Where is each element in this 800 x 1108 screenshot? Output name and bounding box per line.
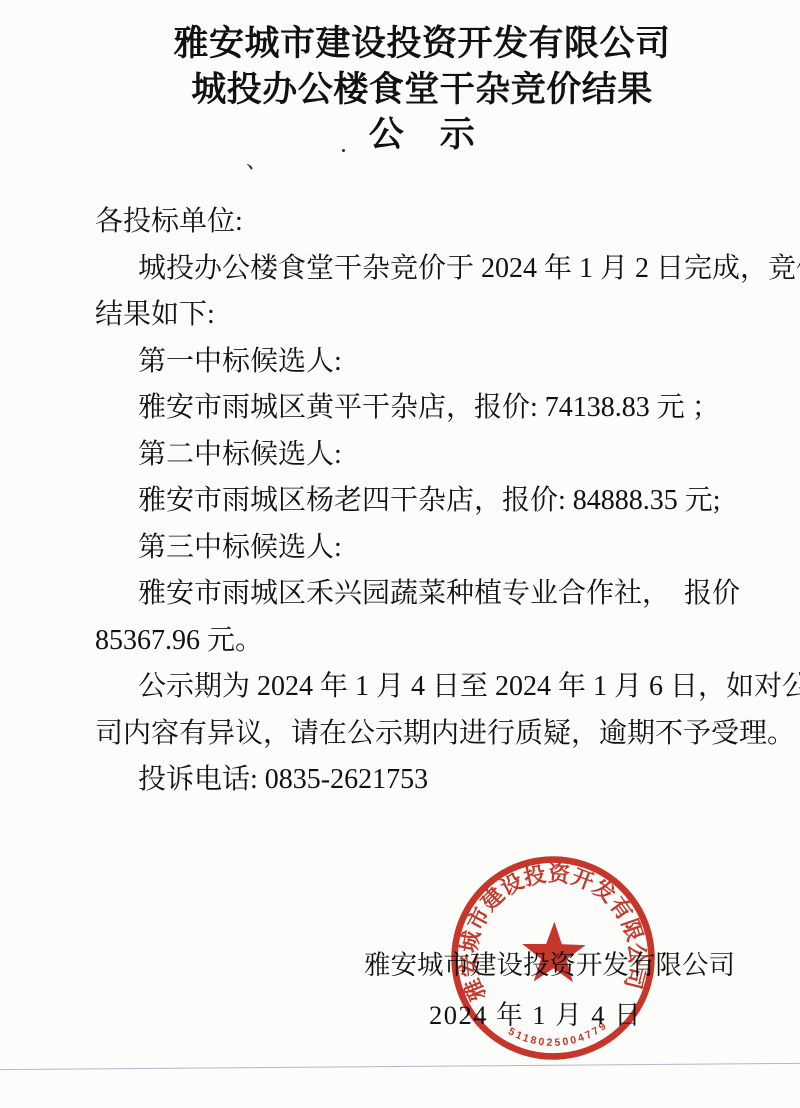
body-line: 公示期为 2024 年 1 月 4 日至 2024 年 1 月 6 日，如对公: [95, 664, 717, 711]
body-line: 雅安市雨城区禾兴园蔬菜种植专业合作社， 报价: [95, 571, 717, 618]
body-line: 城投办公楼食堂干杂竞价于 2024 年 1 月 2 日完成，竞价: [95, 246, 717, 293]
body-line: 第三中标候选人:: [95, 525, 717, 572]
body-line: 第一中标候选人:: [95, 339, 717, 386]
body-line: 雅安市雨城区杨老四干杂店，报价: 84888.35 元;: [95, 478, 717, 525]
body-line: 各投标单位:: [95, 199, 717, 246]
seal-company-arc-text: 雅安城市建设投资开发有限公司: [449, 854, 651, 1005]
document-title: 雅安城市建设投资开发有限公司城投办公楼食堂干杂竞价结果公 示: [0, 21, 800, 158]
title-line: 公 示: [44, 112, 800, 158]
body-line: 雅安市雨城区黄平干杂店，报价: 74138.83 元 ；: [95, 385, 717, 432]
seal-star-icon: [522, 921, 586, 982]
body-line: 第二中标候选人:: [95, 432, 717, 479]
body-line: 结果如下:: [95, 292, 717, 339]
official-seal: 雅安城市建设投资开发有限公司 5118025004779: [442, 847, 664, 1069]
title-line: 城投办公楼食堂干杂竞价结果: [44, 67, 800, 113]
document-body: 各投标单位:城投办公楼食堂干杂竞价于 2024 年 1 月 2 日完成，竞价结果…: [95, 199, 717, 804]
scan-page-edge-line: [0, 1063, 800, 1070]
body-line: 司内容有异议，请在公示期内进行质疑，逾期不予受理。: [95, 711, 717, 758]
body-line: 投诉电话: 0835-2621753: [95, 757, 717, 804]
body-line: 85367.96 元。: [95, 618, 717, 665]
stray-comma-mark: 、: [246, 144, 268, 175]
announcement-document-page: 雅安城市建设投资开发有限公司城投办公楼食堂干杂竞价结果公 示 、 各投标单位:城…: [0, 0, 800, 1108]
title-line: 雅安城市建设投资开发有限公司: [44, 21, 800, 67]
stray-dot-mark: [342, 149, 345, 152]
